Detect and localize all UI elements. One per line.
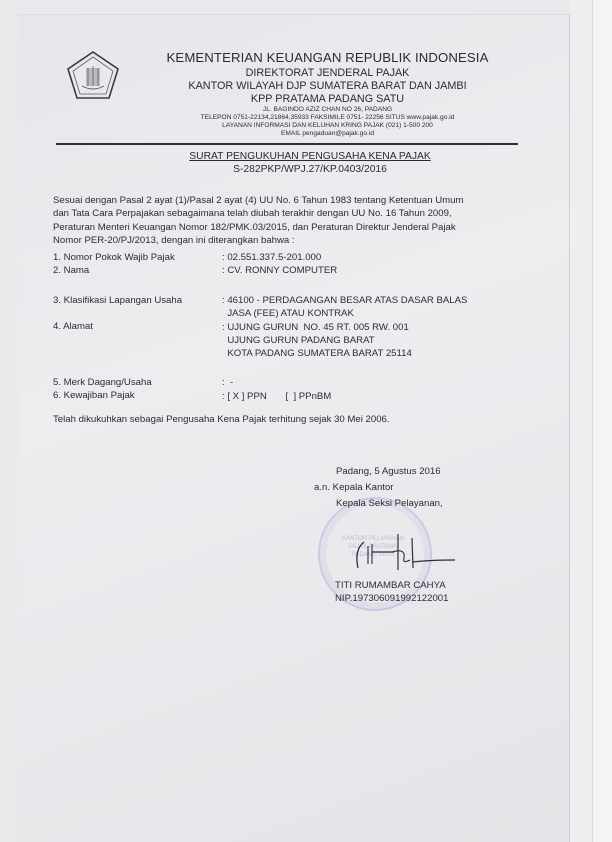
- signer-position: Kepala Seksi Pelayanan,: [336, 498, 443, 509]
- ministry-emblem-icon: [66, 50, 120, 100]
- field-value-alamat-1: : UJUNG GURUN NO. 45 RT. 005 RW. 001: [222, 322, 409, 335]
- signer-name: TITI RUMAMBAR CAHYA: [335, 580, 446, 591]
- field-value-alamat-2: UJUNG GURUN PADANG BARAT: [222, 335, 375, 348]
- field-label-klasifikasi: 3. Klasifikasi Lapangan Usaha: [53, 295, 182, 306]
- scan-margin: [593, 0, 612, 842]
- place-date: Padang, 5 Agustus 2016: [336, 466, 441, 477]
- handwritten-signature-icon: [350, 530, 460, 575]
- intro-line: Nomor PER-20/PJ/2013, dengan ini diteran…: [53, 234, 533, 247]
- field-label-merk: 5. Merk Dagang/Usaha: [53, 377, 152, 388]
- field-label-kewajiban: 6. Kewajiban Pajak: [53, 390, 135, 401]
- letterhead-divider: [56, 143, 518, 145]
- scan-edge: [570, 0, 593, 842]
- field-label-nama: 2. Nama: [53, 265, 89, 276]
- field-value-klasifikasi-2: JASA (FEE) ATAU KONTRAK: [222, 308, 354, 321]
- field-value-merk: : -: [222, 377, 233, 390]
- field-value-nama: : CV. RONNY COMPUTER: [222, 265, 337, 278]
- intro-line: dan Tata Cara Perpajakan sebagaimana tel…: [53, 207, 533, 220]
- document-number: S-282PKP/WPJ.27/KP.0403/2016: [150, 164, 470, 175]
- closing-statement: Telah dikukuhkan sebagai Pengusaha Kena …: [53, 414, 390, 425]
- on-behalf: a.n. Kepala Kantor: [314, 482, 393, 493]
- office-email: EMAIL pengaduan@pajak.go.id: [150, 130, 505, 137]
- ministry-name: KEMENTERIAN KEUANGAN REPUBLIK INDONESIA: [150, 50, 505, 65]
- office-address: JL. BAGINDO AZIZ CHAN NO 26, PADANG: [150, 106, 505, 113]
- tax-office: KPP PRATAMA PADANG SATU: [150, 93, 505, 105]
- field-value-klasifikasi-1: : 46100 - PERDAGANGAN BESAR ATAS DASAR B…: [222, 295, 467, 308]
- intro-line: Peraturan Menteri Keuangan Nomor 182/PMK…: [53, 221, 533, 234]
- document-title: SURAT PENGUKUHAN PENGUSAHA KENA PAJAK: [150, 151, 470, 162]
- directorate-name: DIREKTORAT JENDERAL PAJAK: [150, 67, 505, 79]
- field-label-npwp: 1. Nomor Pokok Wajib Pajak: [53, 252, 175, 263]
- signer-nip: NIP.197306091992122001: [335, 593, 448, 604]
- field-label-alamat: 4. Alamat: [53, 321, 93, 332]
- document-sheet: [18, 14, 570, 842]
- intro-line: Sesuai dengan Pasal 2 ayat (1)/Pasal 2 a…: [53, 194, 533, 207]
- field-value-kewajiban: : [ X ] PPN [ ] PPnBM: [222, 391, 331, 404]
- field-value-npwp: : 02.551.337.5-201.000: [222, 252, 321, 265]
- regional-office: KANTOR WILAYAH DJP SUMATERA BARAT DAN JA…: [150, 80, 505, 92]
- field-value-alamat-3: KOTA PADANG SUMATERA BARAT 25114: [222, 348, 412, 361]
- intro-paragraph: Sesuai dengan Pasal 2 ayat (1)/Pasal 2 a…: [53, 194, 533, 247]
- service-line: LAYANAN INFORMASI DAN KELUHAN KRING PAJA…: [150, 122, 505, 129]
- office-contact: TELEPON 0751-22134,21864,35933 FAKSIMILE…: [150, 114, 505, 121]
